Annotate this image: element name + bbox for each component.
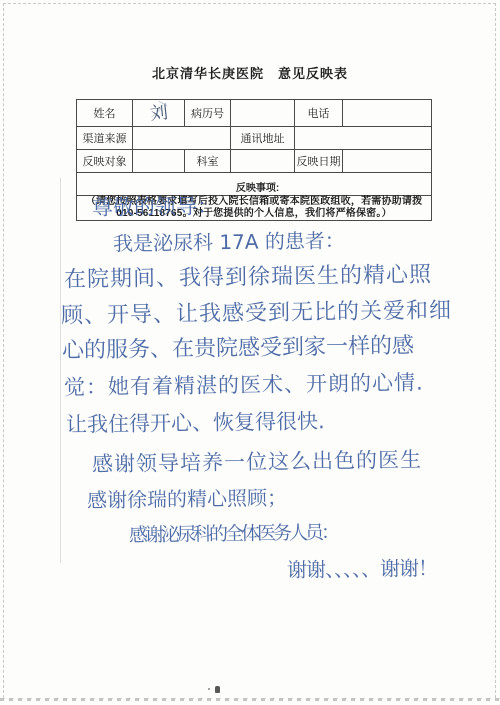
handwriting-line-7: 让我住得开心、恢复得很快. [66, 410, 325, 437]
handwriting-line-3: 在院期间、我得到徐瑞医生的精心照 [64, 263, 432, 292]
address-value-cell [295, 127, 432, 150]
table-row-subject: 反映对象 科室 反映日期 [77, 150, 432, 173]
phone-value-cell [343, 100, 432, 127]
table-row-identity: 姓名 刘 病历号 电话 [77, 100, 432, 127]
medical-record-label: 病历号 [185, 100, 231, 127]
matters-cell: 反映事项: [77, 173, 432, 196]
matters-label: 反映事项: [229, 174, 279, 194]
department-value-cell [231, 150, 295, 173]
handwriting-line-10: 感谢泌尿科的全体医务人员： [129, 523, 337, 547]
channel-value-cell [133, 127, 231, 150]
subject-label: 反映对象 [77, 150, 133, 173]
scan-artifact-mark [215, 686, 220, 693]
subject-value-cell [133, 150, 185, 173]
name-label: 姓名 [77, 100, 133, 127]
handwriting-line-2: 我是泌尿科 17A 的患者： [113, 229, 345, 254]
department-label: 科室 [185, 150, 231, 173]
handwriting-line-11: 谢谢、、、、、谢谢！ [287, 557, 437, 581]
address-label: 通讯地址 [231, 127, 295, 150]
handwriting-line-6: 觉：她有着精湛的医术、开朗的心情. [64, 371, 424, 399]
handwriting-line-4: 顾、开导、让我感受到无比的关爱和细 [61, 299, 452, 329]
table-row-matters: 反映事项: [77, 173, 432, 196]
handwriting-line-8: 感谢领导培养一位这么出色的医生 [92, 449, 422, 477]
name-value-cell: 刘 [133, 100, 185, 127]
handwriting-line-5: 心的服务、在贵院感受到家一样的感 [62, 335, 414, 364]
handwritten-name: 刘 [148, 98, 169, 126]
medical-record-value-cell [231, 100, 295, 127]
scan-shadow-line [60, 178, 61, 563]
table-row-source: 渠道来源 通讯地址 [77, 127, 432, 150]
scan-artifact-dot [208, 688, 210, 690]
scanned-feedback-form-page: 北京清华长庚医院 意见反映表 姓名 刘 病历号 电话 渠道来源 通讯地址 反映对 [0, 0, 500, 705]
handwriting-line-1: 尊敬的领导： [92, 195, 218, 220]
handwriting-line-9: 感谢徐瑞的精心照顾； [87, 487, 287, 512]
page-title: 北京清华长庚医院 意见反映表 [0, 63, 500, 82]
date-value-cell [343, 150, 432, 173]
scan-bottom-edge [0, 698, 500, 701]
date-label: 反映日期 [295, 150, 343, 173]
phone-label: 电话 [295, 100, 343, 127]
channel-label: 渠道来源 [77, 127, 133, 150]
